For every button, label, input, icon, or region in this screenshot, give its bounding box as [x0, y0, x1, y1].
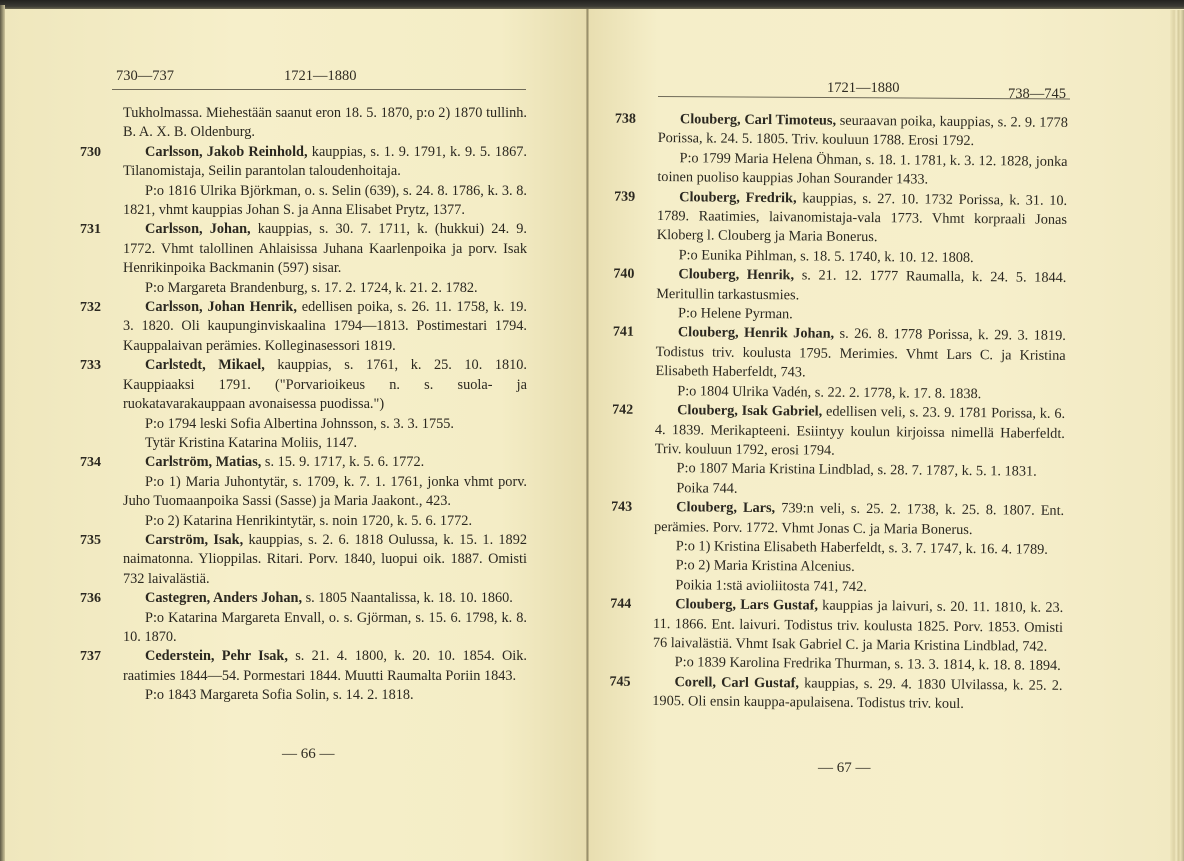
entry-spouse-or-children-line: P:o 2) Katarina Henrikintytär, s. noin 1… [123, 512, 527, 531]
entry-person-name: Carlstedt, Mikael, [145, 357, 265, 373]
left-header-range: 730—737 [116, 68, 174, 85]
entry-spouse-or-children-line: P:o Katarina Margareta Envall, o. s. Gjö… [123, 609, 527, 648]
entry-text: Carlsson, Jakob Reinhold, kauppias, s. 1… [123, 143, 527, 182]
entry-number: 734 [80, 453, 101, 472]
entry-spouse-or-children-line: P:o 1794 leski Sofia Albertina Johnsson,… [123, 415, 527, 434]
register-entry: 735Carström, Isak, kauppias, s. 2. 6. 18… [123, 531, 527, 589]
entry-spouse-or-children-line: P:o Margareta Brandenburg, s. 17. 2. 172… [123, 279, 527, 298]
entry-number: 735 [80, 531, 101, 550]
left-entries-list: 730Carlsson, Jakob Reinhold, kauppias, s… [123, 143, 527, 706]
entry-number: 745 [609, 672, 630, 692]
left-header-years: 1721—1880 [284, 68, 357, 85]
entry-spouse-or-children-line: P:o 1) Maria Juhontytär, s. 1709, k. 7. … [123, 473, 527, 512]
right-header-years: 1721—1880 [827, 80, 900, 97]
entry-spouse-or-children-line: P:o 1843 Margareta Sofia Solin, s. 14. 2… [123, 686, 527, 705]
left-page-number: — 66 — [282, 746, 335, 763]
book-right-edge-pages [1170, 10, 1184, 861]
left-text-column: Tukholmassa. Miehestään saanut eron 18. … [123, 104, 527, 706]
entry-person-name: Castegren, Anders Johan, [145, 590, 302, 606]
register-entry: 736Castegren, Anders Johan, s. 1805 Naan… [123, 589, 527, 647]
right-entries-list: 738Clouberg, Carl Timoteus, seuraavan po… [652, 110, 1068, 716]
entry-number: 733 [80, 356, 101, 375]
entry-person-name: Clouberg, Henrik Johan, [678, 325, 834, 342]
register-entry: 734Carlström, Matias, s. 15. 9. 1717, k.… [123, 453, 527, 531]
entry-number: 738 [615, 110, 636, 130]
register-entry: 737Cederstein, Pehr Isak, s. 21. 4. 1800… [123, 647, 527, 705]
continuation-text: Tukholmassa. Miehestään saanut eron 18. … [123, 104, 527, 143]
entry-person-name: Cederstein, Pehr Isak, [145, 648, 288, 664]
right-header-range: 738—745 [1008, 86, 1066, 103]
entry-text: Clouberg, Carl Timoteus, seuraavan poika… [658, 110, 1068, 153]
register-entry: 732Carlsson, Johan Henrik, edellisen poi… [123, 298, 527, 356]
entry-person-name: Carlsson, Johan, [145, 221, 251, 237]
entry-person-name: Corell, Carl Gustaf, [674, 674, 799, 691]
entry-description: s. 15. 9. 1717, k. 5. 6. 1772. [261, 454, 424, 470]
register-entry: 730Carlsson, Jakob Reinhold, kauppias, s… [123, 143, 527, 221]
entry-text: Clouberg, Henrik Johan, s. 26. 8. 1778 P… [655, 323, 1066, 385]
entry-person-name: Clouberg, Carl Timoteus, [680, 111, 836, 128]
entry-number: 744 [610, 595, 631, 615]
entry-description: s. 1805 Naantalissa, k. 18. 10. 1860. [302, 590, 513, 606]
register-entry: 742Clouberg, Isak Gabriel, edellisen vel… [654, 401, 1065, 502]
entry-text: Corell, Carl Gustaf, kauppias, s. 29. 4.… [652, 673, 1062, 716]
entry-text: Cederstein, Pehr Isak, s. 21. 4. 1800, k… [123, 647, 527, 686]
register-entry: 740Clouberg, Henrik, s. 21. 12. 1777 Rau… [656, 265, 1067, 327]
register-entry: 744Clouberg, Lars Gustaf, kauppias ja la… [653, 595, 1064, 677]
entry-text: Carlsson, Johan Henrik, edellisen poika,… [123, 298, 527, 356]
entry-text: Carlstedt, Mikael, kauppias, s. 1761, k.… [123, 356, 527, 414]
entry-number: 736 [80, 589, 101, 608]
entry-text: Carlsson, Johan, kauppias, s. 30. 7. 171… [123, 220, 527, 278]
entry-text: Clouberg, Lars, 739:n veli, s. 25. 2. 17… [654, 498, 1064, 541]
entry-text: Clouberg, Lars Gustaf, kauppias ja laivu… [653, 595, 1064, 657]
entry-person-name: Carlsson, Johan Henrik, [145, 299, 297, 315]
register-entry: 741Clouberg, Henrik Johan, s. 26. 8. 177… [655, 323, 1066, 405]
right-text-column: 738Clouberg, Carl Timoteus, seuraavan po… [652, 110, 1068, 716]
right-page-number: — 67 — [818, 760, 871, 777]
register-entry: 733Carlstedt, Mikael, kauppias, s. 1761,… [123, 356, 527, 453]
register-entry: 739Clouberg, Fredrik, kauppias, s. 27. 1… [657, 188, 1068, 270]
entry-spouse-or-children-line: P:o 1816 Ulrika Björkman, o. s. Selin (6… [123, 182, 527, 221]
register-entry: 731Carlsson, Johan, kauppias, s. 30. 7. … [123, 220, 527, 298]
entry-number: 730 [80, 143, 101, 162]
entry-person-name: Carlström, Matias, [145, 454, 261, 470]
entry-person-name: Clouberg, Lars, [676, 499, 775, 516]
entry-person-name: Clouberg, Isak Gabriel, [677, 402, 822, 419]
entry-spouse-or-children-line: Tytär Kristina Katarina Moliis, 1147. [123, 434, 527, 453]
entry-number: 743 [611, 498, 632, 518]
entry-number: 741 [613, 323, 634, 343]
entry-spouse-or-children-line: P:o 1799 Maria Helena Öhman, s. 18. 1. 1… [657, 149, 1067, 192]
register-entry: 738Clouberg, Carl Timoteus, seuraavan po… [657, 110, 1068, 192]
entry-number: 742 [612, 401, 633, 421]
register-entry: 745Corell, Carl Gustaf, kauppias, s. 29.… [652, 673, 1062, 716]
entry-text: Clouberg, Henrik, s. 21. 12. 1777 Raumal… [656, 265, 1066, 308]
entry-person-name: Carström, Isak, [145, 532, 243, 548]
entry-text: Carlström, Matias, s. 15. 9. 1717, k. 5.… [123, 453, 527, 472]
book-top-edge [0, 0, 1184, 9]
entry-number: 732 [80, 298, 101, 317]
book-spine [586, 9, 589, 861]
entry-number: 740 [613, 265, 634, 285]
register-entry: 743Clouberg, Lars, 739:n veli, s. 25. 2.… [653, 498, 1064, 599]
entry-number: 737 [80, 647, 101, 666]
entry-person-name: Clouberg, Fredrik, [679, 189, 797, 206]
entry-person-name: Clouberg, Henrik, [678, 266, 794, 283]
entry-text: Castegren, Anders Johan, s. 1805 Naantal… [123, 589, 527, 608]
entry-text: Clouberg, Fredrik, kauppias, s. 27. 10. … [657, 188, 1068, 250]
entry-number: 739 [614, 187, 635, 207]
entry-text: Clouberg, Isak Gabriel, edellisen veli, … [655, 401, 1066, 463]
entry-text: Carström, Isak, kauppias, s. 2. 6. 1818 … [123, 531, 527, 589]
left-header-rule [112, 89, 526, 90]
entry-person-name: Clouberg, Lars Gustaf, [675, 596, 818, 613]
entry-number: 731 [80, 220, 101, 239]
entry-person-name: Carlsson, Jakob Reinhold, [145, 144, 308, 160]
